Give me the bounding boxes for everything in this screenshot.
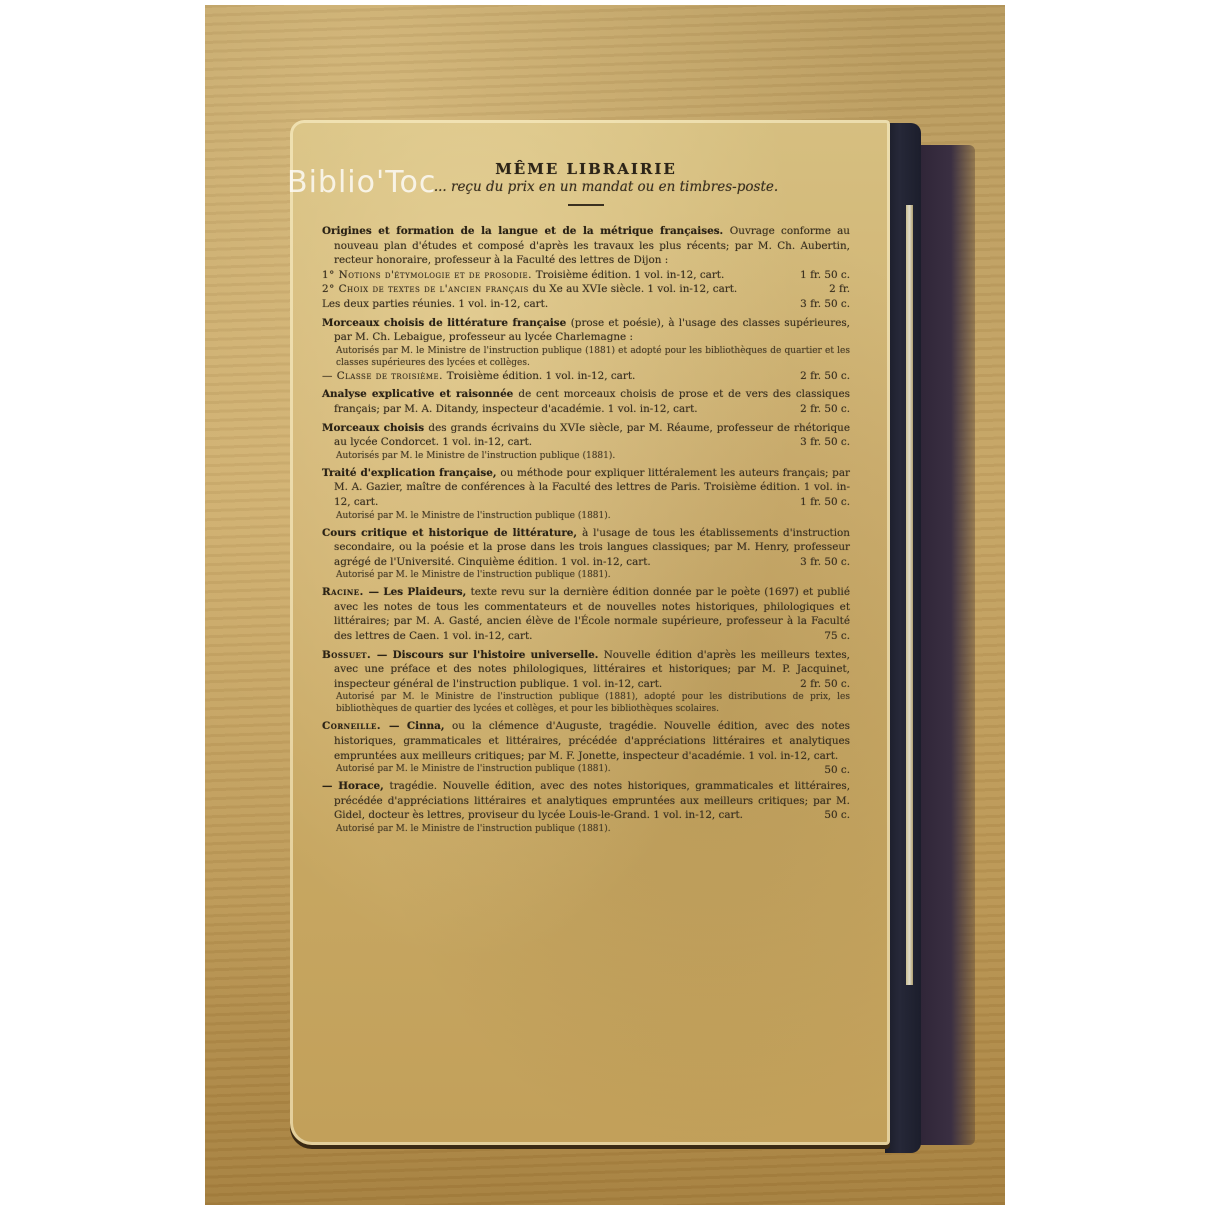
sub-entry-text: — Classe de troisième. Troisième édition… [322,369,635,384]
sub-entry-price: 1 fr. 50 c. [800,268,850,283]
authorization-note: Autorisé par M. le Ministre de l'instruc… [322,823,850,835]
catalog-entry: Traité d'explication française, ou métho… [322,466,850,522]
book-spine [885,123,921,1153]
catalog-entry: Corneille. — Cinna, ou la clémence d'Aug… [322,719,850,775]
entry-price: 75 c. [826,629,850,644]
sub-entry: Les deux parties réunies. 1 vol. in-12, … [322,297,850,312]
sub-entry: 2° Choix de textes de l'ancien français … [322,282,850,297]
sub-entry-description: Les deux parties réunies. 1 vol. in-12, … [322,298,548,310]
sub-entry-label: — Classe de troisième. [322,370,447,382]
entry-title: — Horace, [322,780,390,792]
entry-text: Bossuet. — Discours sur l'histoire unive… [322,648,850,692]
watermark-logo: Biblio'Toc [287,165,436,200]
entry-title: Analyse explicative et raisonnée [322,388,518,400]
sub-entry-description: Troisième édition. 1 vol. in-12, cart. [447,370,636,382]
sub-entry-description: du Xe au XVIe siècle. 1 vol. in-12, cart… [533,283,738,295]
catalog-document: MÊME LIBRAIRIE ... reçu du prix en un ma… [322,160,850,839]
catalog-entry: Analyse explicative et raisonnée de cent… [322,387,850,416]
entry-description: tragédie. Nouvelle édition, avec des not… [334,780,850,821]
entry-price: 2 fr. 50 c. [802,402,850,417]
entry-price: 1 fr. 50 c. [802,495,850,510]
sub-entry-price: 2 fr. 50 c. [800,369,850,384]
catalog-entry: Cours critique et historique de littérat… [322,526,850,582]
entry-title: Cours critique et historique de littérat… [322,527,582,539]
entry-price: 50 c. [826,763,850,778]
catalog-entry: — Horace, tragédie. Nouvelle édition, av… [322,779,850,835]
entry-title: Morceaux choisis [322,422,428,434]
entry-title: — Cinna, [389,720,452,732]
spine-shadow [915,145,975,1145]
entry-title: Origines et formation de la langue et de… [322,225,730,237]
entry-text: Analyse explicative et raisonnée de cent… [322,387,850,416]
authorization-note: Autorisé par M. le Ministre de l'instruc… [322,569,850,581]
entry-title: Morceaux choisis de littérature français… [322,317,571,329]
entry-author: Corneille. [322,720,389,732]
entry-price: 3 fr. 50 c. [802,435,850,450]
catalog-entry: Morceaux choisis de littérature français… [322,316,850,384]
entry-text: Morceaux choisis de littérature français… [322,316,850,345]
sub-entry-text: Les deux parties réunies. 1 vol. in-12, … [322,297,548,312]
authorization-note: Autorisé par M. le Ministre de l'instruc… [322,510,850,522]
catalog-entry: Racine. — Les Plaideurs, texte revu sur … [322,585,850,643]
authorization-note: Autorisé par M. le Ministre de l'instruc… [322,763,850,775]
authorization-note: Autorisés par M. le Ministre de l'instru… [322,450,850,462]
entry-author: Racine. [322,586,369,598]
catalog-entries: Origines et formation de la langue et de… [322,224,850,835]
catalog-entry: Morceaux choisis des grands écrivains du… [322,421,850,462]
authorization-note: Autorisés par M. le Ministre de l'instru… [322,345,850,369]
sub-entry-label: 2° Choix de textes de l'ancien français [322,283,533,295]
sub-entry: — Classe de troisième. Troisième édition… [322,369,850,384]
sub-entry-price: 3 fr. 50 c. [800,297,850,312]
sub-entry-price: 2 fr. [829,282,850,297]
entry-title: — Les Plaideurs, [369,586,471,598]
entry-text: Racine. — Les Plaideurs, texte revu sur … [322,585,850,643]
catalog-entry: Bossuet. — Discours sur l'histoire unive… [322,648,850,716]
entry-text: Corneille. — Cinna, ou la clémence d'Aug… [322,719,850,763]
entry-text: Origines et formation de la langue et de… [322,224,850,268]
catalog-entry: Origines et formation de la langue et de… [322,224,850,312]
sub-entry-label: 1° Notions d'étymologie et de prosodie. [322,269,536,281]
entry-price: 3 fr. 50 c. [802,555,850,570]
divider [568,204,604,206]
entry-text: Traité d'explication française, ou métho… [322,466,850,510]
entry-title: — Discours sur l'histoire universelle. [377,649,604,661]
sub-entry-description: Troisième édition. 1 vol. in-12, cart. [536,269,725,281]
entry-title: Traité d'explication française, [322,467,500,479]
entry-text: Morceaux choisis des grands écrivains du… [322,421,850,450]
back-cover: MÊME LIBRAIRIE ... reçu du prix en un ma… [290,120,890,1145]
sub-entry-text: 2° Choix de textes de l'ancien français … [322,282,737,297]
sub-entry-text: 1° Notions d'étymologie et de prosodie. … [322,268,724,283]
page-edge-highlight [906,205,913,985]
entry-price: 2 fr. 50 c. [802,677,850,692]
entry-text: Cours critique et historique de littérat… [322,526,850,570]
sub-entry: 1° Notions d'étymologie et de prosodie. … [322,268,850,283]
entry-text: — Horace, tragédie. Nouvelle édition, av… [322,779,850,823]
entry-author: Bossuet. [322,649,377,661]
entry-price: 50 c. [826,808,850,823]
authorization-note: Autorisé par M. le Ministre de l'instruc… [322,691,850,715]
